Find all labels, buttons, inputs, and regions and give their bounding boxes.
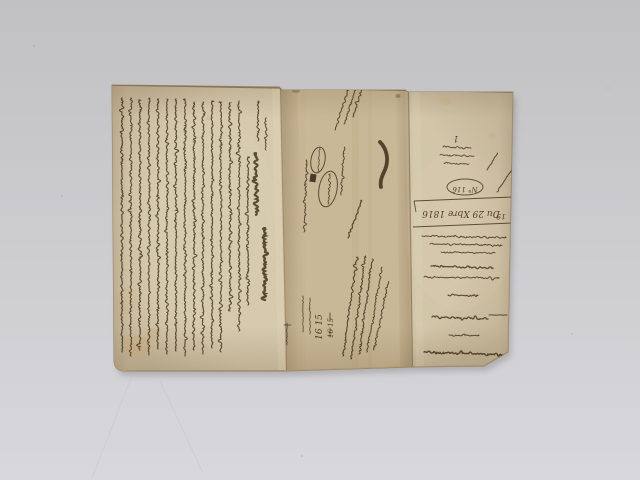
fragment-docket-figure-19: 19 xyxy=(496,212,506,221)
dust-speck xyxy=(571,333,573,335)
dust-speck xyxy=(301,455,303,457)
fragment-duty-amount: 16 15 xyxy=(315,314,325,340)
fragment-docket-figure-1: 1 xyxy=(453,134,458,143)
ink-blot xyxy=(309,174,316,183)
fragment-duty-amount-2: 16 15 xyxy=(327,317,335,338)
paper-grain xyxy=(112,85,513,371)
fragment-stamp-number: N° 116 xyxy=(452,185,479,193)
dust-speck xyxy=(607,87,609,89)
dust-speck xyxy=(61,195,63,197)
dust-speck xyxy=(33,45,35,47)
fragment-docket-date: Du 29 Xbre 1816 xyxy=(422,208,501,218)
manuscript-photo-canvas: 16 1516 151N° 116Du 29 Xbre 181619 xyxy=(0,0,640,480)
manuscript-photograph: 16 1516 151N° 116Du 29 Xbre 181619 xyxy=(0,0,640,480)
